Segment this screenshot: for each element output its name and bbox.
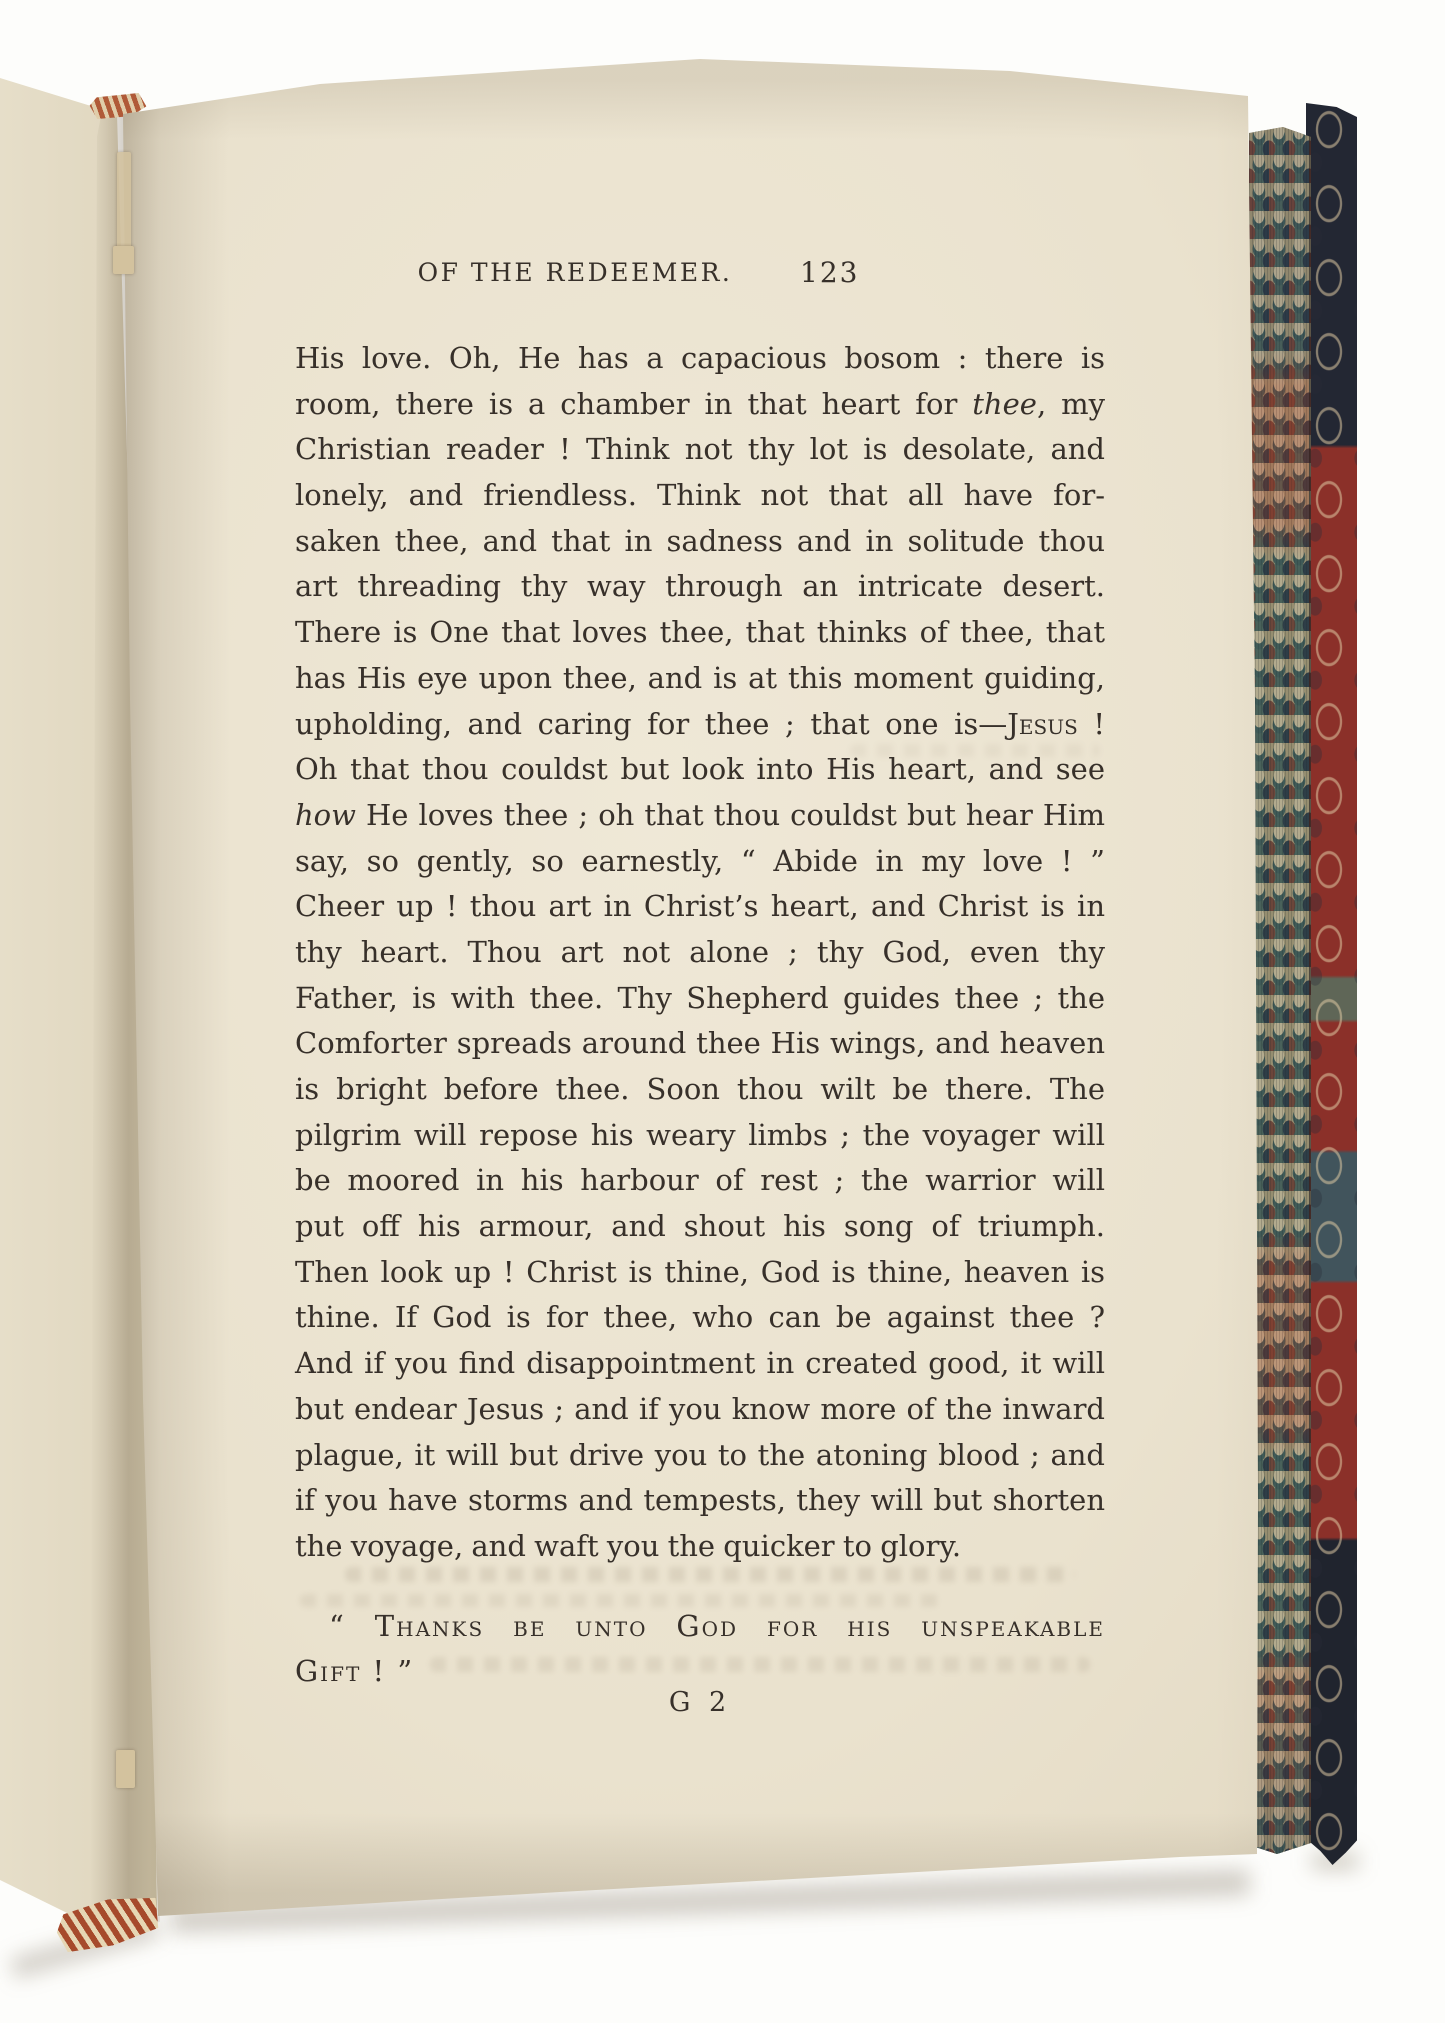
- printed-text-layer: OF THE REDEEMER. 123 His love. Oh, He ha…: [0, 0, 1445, 2023]
- body-line: how He loves thee ; oh that thou couldst…: [295, 793, 1105, 839]
- body-text-segment: Father, is with thee. Thy Shepherd guide…: [295, 981, 1105, 1015]
- body-text-segment: but endear Jesus ; and if you know more …: [295, 1392, 1105, 1426]
- body-text-segment: is bright before thee. Soon thou wilt be…: [295, 1072, 1105, 1106]
- body-line: put off his armour, and shout his song o…: [295, 1204, 1105, 1250]
- body-line: lonely, and friendless. Think not that a…: [295, 473, 1105, 519]
- body-text-segment: thy heart. Thou art not alone ; thy God,…: [295, 935, 1105, 969]
- body-text-segment: pilgrim will repose his weary limbs ; th…: [295, 1118, 1105, 1152]
- body-line: plague, it will but drive you to the ato…: [295, 1433, 1105, 1479]
- body-text-segment: the voyage, and waft you the quicker to …: [295, 1529, 961, 1563]
- body-line: room, there is a chamber in that heart f…: [295, 382, 1105, 428]
- body-line: thy heart. Thou art not alone ; thy God,…: [295, 930, 1105, 976]
- body-line: thine. If God is for thee, who can be ag…: [295, 1295, 1105, 1341]
- body-text-segment: how: [295, 798, 356, 832]
- body-text-segment: Then look up ! Christ is thine, God is t…: [295, 1255, 1105, 1289]
- body-line: say, so gently, so earnestly, “ Abide in…: [295, 839, 1105, 885]
- body-text-segment: , my: [1037, 387, 1105, 421]
- body-line: Then look up ! Christ is thine, God is t…: [295, 1250, 1105, 1296]
- body-line: has His eye upon thee, and is at this mo…: [295, 656, 1105, 702]
- body-text-segment: Comforter spreads around thee His wings,…: [295, 1026, 1105, 1060]
- body-text-segment: lonely, and friendless. Think not that a…: [295, 478, 1105, 512]
- body-text-segment: His love. Oh, He has a capacious bosom :…: [295, 341, 1105, 375]
- body-text-segment: There is One that loves thee, that think…: [295, 615, 1105, 649]
- body-text-segment: saken thee, and that in sadness and in s…: [295, 524, 1105, 558]
- body-text-segment: plague, it will but drive you to the ato…: [295, 1438, 1105, 1472]
- body-line: art threading thy way through an intrica…: [295, 564, 1105, 610]
- body-line: is bright before thee. Soon thou wilt be…: [295, 1067, 1105, 1113]
- body-text-segment: thine. If God is for thee, who can be ag…: [295, 1300, 1105, 1334]
- body-text-segment: He loves thee ; oh that thou couldst but…: [356, 798, 1105, 832]
- body-text-segment: has His eye upon thee, and is at this mo…: [295, 661, 1105, 695]
- closing-quote-line-1: “ Thanks be unto God for his unspeakable: [295, 1604, 1105, 1649]
- body-line: saken thee, and that in sadness and in s…: [295, 519, 1105, 565]
- page-number: 123: [800, 256, 880, 289]
- body-text-segment: !: [1078, 707, 1105, 741]
- closing-quote: “ Thanks be unto God for his unspeakable…: [295, 1604, 1105, 1694]
- body-text-segment: room, there is a chamber in that heart f…: [295, 387, 972, 421]
- body-line: be moored in his harbour of rest ; the w…: [295, 1158, 1105, 1204]
- body-line: Comforter spreads around thee His wings,…: [295, 1021, 1105, 1067]
- body-line: Cheer up ! thou art in Christ’s heart, a…: [295, 884, 1105, 930]
- body-line: but endear Jesus ; and if you know more …: [295, 1387, 1105, 1433]
- signature-mark: G 2: [295, 1687, 1105, 1718]
- body-text-segment: say, so gently, so earnestly, “ Abide in…: [295, 844, 1105, 878]
- body-line: There is One that loves thee, that think…: [295, 610, 1105, 656]
- body-line: Oh that thou couldst but look into His h…: [295, 747, 1105, 793]
- body-line: His love. Oh, He has a capacious bosom :…: [295, 336, 1105, 382]
- body-text-segment: Jesus: [1007, 707, 1077, 741]
- body-text-segment: Cheer up ! thou art in Christ’s heart, a…: [295, 889, 1105, 923]
- body-text-segment: art threading thy way through an intrica…: [295, 569, 1105, 603]
- body-text-segment: put off his armour, and shout his song o…: [295, 1209, 1105, 1243]
- body-text-segment: if you have storms and tempests, they wi…: [295, 1483, 1105, 1517]
- body-text-segment: Oh that thou couldst but look into His h…: [295, 752, 1105, 786]
- body-line: the voyage, and waft you the quicker to …: [295, 1524, 1105, 1570]
- body-text-segment: Christian reader ! Think not thy lot is …: [295, 432, 1105, 466]
- body-text-segment: And if you find disappointment in create…: [295, 1346, 1105, 1380]
- body-line: And if you find disappointment in create…: [295, 1341, 1105, 1387]
- body-line: if you have storms and tempests, they wi…: [295, 1478, 1105, 1524]
- body-line: pilgrim will repose his weary limbs ; th…: [295, 1113, 1105, 1159]
- running-head-title: OF THE REDEEMER.: [295, 258, 855, 287]
- page-body: His love. Oh, He has a capacious bosom :…: [295, 336, 1105, 1570]
- body-line: Father, is with thee. Thy Shepherd guide…: [295, 976, 1105, 1022]
- body-line: Christian reader ! Think not thy lot is …: [295, 427, 1105, 473]
- body-text-segment: be moored in his harbour of rest ; the w…: [295, 1163, 1105, 1197]
- body-line: upholding, and caring for thee ; that on…: [295, 702, 1105, 748]
- body-text-segment: thee: [972, 387, 1037, 421]
- body-text-segment: upholding, and caring for thee ; that on…: [295, 707, 1007, 741]
